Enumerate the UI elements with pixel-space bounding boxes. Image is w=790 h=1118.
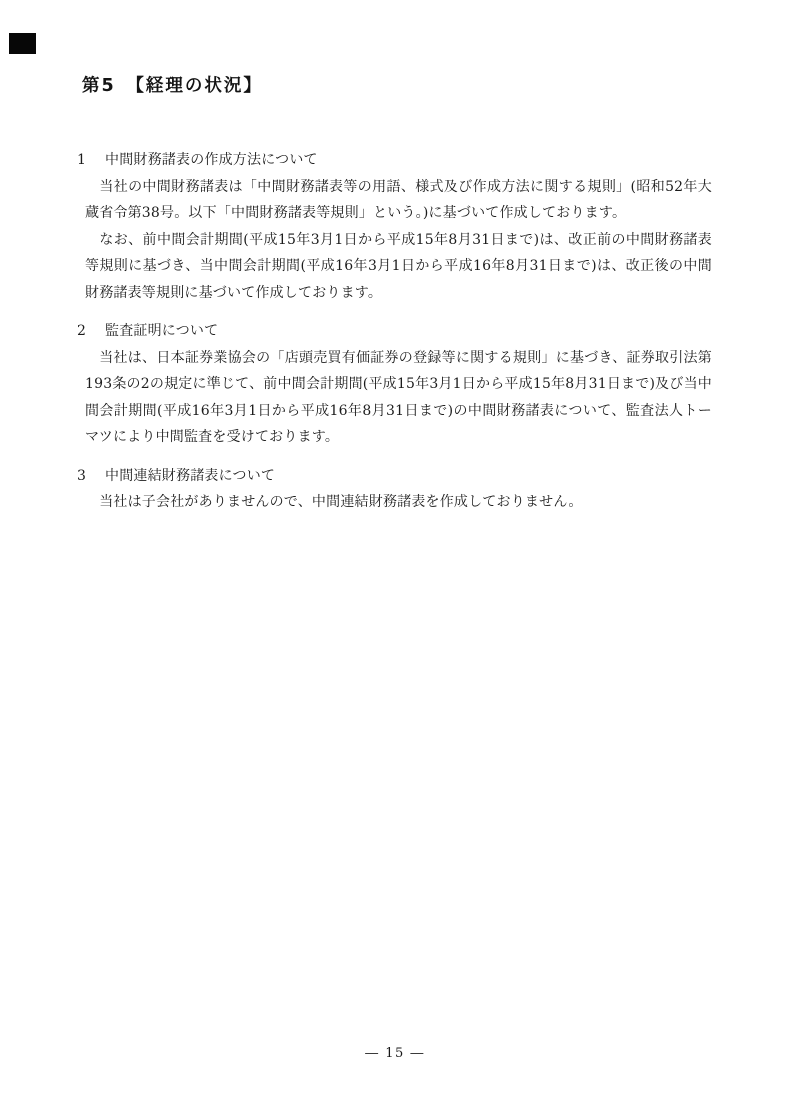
paragraph: 当社は子会社がありませんので、中間連結財務諸表を作成しておりません。 bbox=[85, 489, 712, 516]
scan-artifact-mark bbox=[9, 33, 36, 54]
scanned-document-page: 第5 【経理の状況】 1中間財務諸表の作成方法について 当社の中間財務諸表は「中… bbox=[0, 0, 790, 1118]
paragraph: なお、前中間会計期間(平成15年3月1日から平成15年8月31日まで)は、改正前… bbox=[85, 227, 712, 307]
section-number: 3 bbox=[77, 463, 105, 490]
section-heading: 3中間連結財務諸表について bbox=[77, 463, 712, 490]
section-consolidated-statements: 3中間連結財務諸表について 当社は子会社がありませんので、中間連結財務諸表を作成… bbox=[85, 463, 712, 516]
section-title: 中間財務諸表の作成方法について bbox=[105, 152, 318, 168]
paragraph: 当社は、日本証券業協会の「店頭売買有価証券の登録等に関する規則」に基づき、証券取… bbox=[85, 345, 712, 451]
section-title: 中間連結財務諸表について bbox=[105, 468, 275, 484]
section-number: 1 bbox=[77, 147, 105, 174]
page-title: 第5 【経理の状況】 bbox=[82, 72, 263, 97]
section-heading: 1中間財務諸表の作成方法について bbox=[77, 147, 712, 174]
document-body: 1中間財務諸表の作成方法について 当社の中間財務諸表は「中間財務諸表等の用語、様… bbox=[85, 147, 712, 516]
section-number: 2 bbox=[77, 318, 105, 345]
paragraph: 当社の中間財務諸表は「中間財務諸表等の用語、様式及び作成方法に関する規則」(昭和… bbox=[85, 174, 712, 227]
page-number: ― 15 ― bbox=[0, 1046, 790, 1061]
section-heading: 2監査証明について bbox=[77, 318, 712, 345]
section-interim-statements-method: 1中間財務諸表の作成方法について 当社の中間財務諸表は「中間財務諸表等の用語、様… bbox=[85, 147, 712, 306]
section-title: 監査証明について bbox=[105, 323, 218, 339]
section-audit-certification: 2監査証明について 当社は、日本証券業協会の「店頭売買有価証券の登録等に関する規… bbox=[85, 318, 712, 451]
